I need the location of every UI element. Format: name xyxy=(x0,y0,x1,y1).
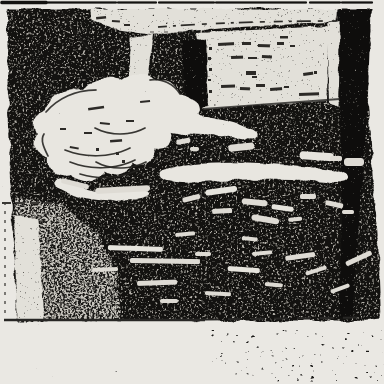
texture-shape xyxy=(195,252,211,256)
texture-shape xyxy=(258,44,270,47)
texture-shape xyxy=(212,208,232,214)
texture-shape xyxy=(314,71,317,74)
texture-shape xyxy=(208,79,211,81)
texture-shape xyxy=(256,84,265,87)
texture-shape xyxy=(344,158,364,166)
texture-shape xyxy=(96,148,99,151)
texture-shape xyxy=(290,45,295,47)
photocopy-scan: Severely degraded black-and-white photoc… xyxy=(0,0,384,384)
photograph xyxy=(2,9,381,321)
texture-shape xyxy=(60,128,66,130)
sign-board xyxy=(196,26,340,109)
texture-shape xyxy=(330,156,342,161)
texture-shape xyxy=(262,55,272,59)
texture-shape xyxy=(242,42,251,45)
texture-shape xyxy=(248,57,257,59)
caption-speckle-right xyxy=(210,330,382,382)
texture-shape xyxy=(221,85,235,88)
texture-shape xyxy=(190,147,199,151)
texture-shape xyxy=(126,120,134,122)
sign-board-face xyxy=(196,26,328,109)
texture-shape xyxy=(342,210,354,214)
texture-shape xyxy=(84,132,92,134)
texture-shape xyxy=(240,87,250,90)
texture-shape xyxy=(116,152,119,155)
texture-shape xyxy=(160,299,178,303)
texture-shape xyxy=(209,68,212,71)
texture-shape xyxy=(209,90,212,93)
texture-shape xyxy=(252,76,257,78)
texture-shape xyxy=(209,47,212,50)
texture-shape xyxy=(208,57,211,60)
texture-shape xyxy=(122,160,125,163)
texture-shape xyxy=(280,36,288,39)
texture-shape xyxy=(300,194,316,199)
texture-shape xyxy=(231,56,243,59)
texture-shape xyxy=(277,42,284,45)
texture-shape xyxy=(246,71,256,75)
texture-shape xyxy=(124,24,130,26)
caption-dots xyxy=(2,330,382,382)
texture-shape xyxy=(284,86,289,88)
light-gap-column xyxy=(327,21,340,108)
